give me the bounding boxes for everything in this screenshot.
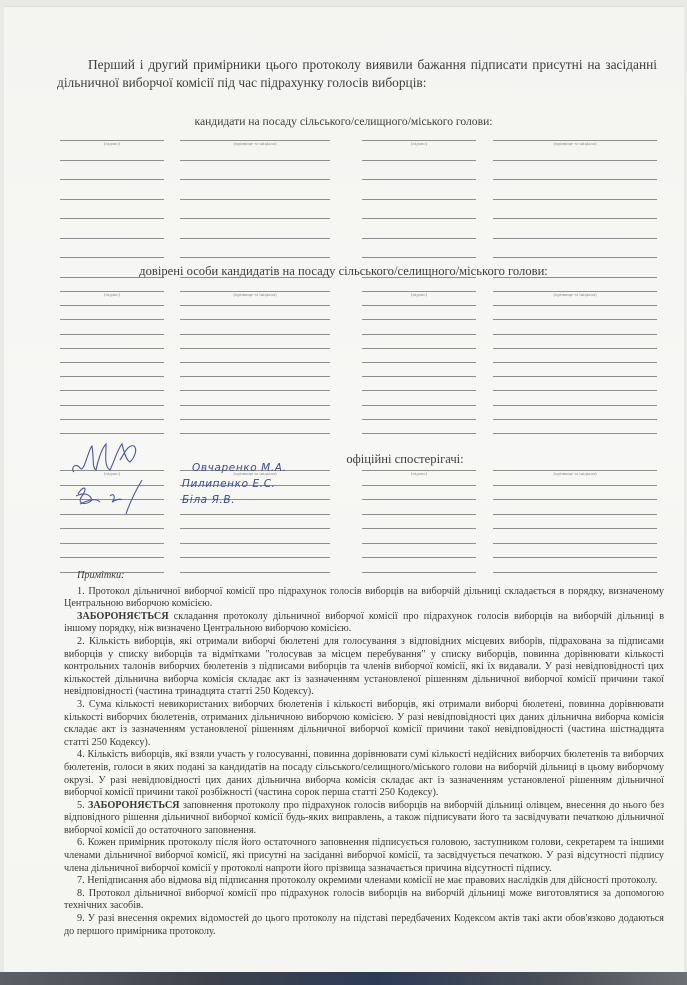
name-line xyxy=(180,179,330,180)
note-item: ЗАБОРОНЯЄТЬСЯ складання протоколу дільни… xyxy=(64,611,664,636)
signature-line xyxy=(60,376,164,377)
name-caption: (прізвище та ініціали) xyxy=(493,471,657,476)
name-line xyxy=(180,557,330,558)
note-item: 7. Непідписання або відмова від підписан… xyxy=(64,875,664,888)
note-item: 2. Кількість виборців, які отримали вибо… xyxy=(64,636,664,699)
note-item: 6. Кожен примірник протоколу після його … xyxy=(64,837,664,875)
signature-line xyxy=(60,305,164,306)
signature-line xyxy=(362,218,476,219)
name-line xyxy=(493,528,657,529)
name-line xyxy=(493,433,657,434)
signature-line xyxy=(362,405,476,406)
signature-line xyxy=(362,499,476,500)
signature-line xyxy=(362,433,476,434)
signature-line xyxy=(362,362,476,363)
signature-line xyxy=(60,179,164,180)
signature-line xyxy=(60,218,164,219)
signature-line xyxy=(60,238,164,239)
signature-line xyxy=(362,334,476,335)
signature-line xyxy=(60,160,164,161)
signature-caption: (підпис) xyxy=(60,141,164,146)
signature-line xyxy=(60,348,164,349)
signature-line xyxy=(362,390,476,391)
name-line xyxy=(180,419,330,420)
observer-name-1: Овчаренко М.А. xyxy=(192,462,287,474)
name-line xyxy=(493,485,657,486)
name-line xyxy=(493,334,657,335)
name-line xyxy=(493,376,657,377)
handwritten-signature-2 xyxy=(70,474,150,519)
signature-caption: (підпис) xyxy=(60,292,164,297)
name-line xyxy=(180,362,330,363)
observer-name-3: Біла Я.В. xyxy=(182,494,235,506)
signature-line xyxy=(362,160,476,161)
name-line xyxy=(180,528,330,529)
name-line xyxy=(180,514,330,515)
page-bottom-edge xyxy=(0,972,687,985)
name-line xyxy=(493,499,657,500)
name-line xyxy=(493,257,657,258)
signature-line xyxy=(362,179,476,180)
note-item: 3. Сума кількості невикористаних виборчи… xyxy=(64,699,664,749)
note-item: 9. У разі внесення окремих відомостей до… xyxy=(64,913,664,938)
signature-line xyxy=(60,419,164,420)
signature-line xyxy=(362,257,476,258)
signature-line xyxy=(60,257,164,258)
name-line xyxy=(493,348,657,349)
name-line xyxy=(493,405,657,406)
name-line xyxy=(180,319,330,320)
signature-line xyxy=(60,199,164,200)
name-line xyxy=(180,160,330,161)
name-line xyxy=(180,334,330,335)
name-line xyxy=(180,218,330,219)
signature-line xyxy=(362,485,476,486)
name-line xyxy=(493,543,657,544)
signature-line xyxy=(362,528,476,529)
signature-line xyxy=(362,514,476,515)
signature-line xyxy=(362,557,476,558)
name-line xyxy=(180,376,330,377)
signature-line xyxy=(60,405,164,406)
signature-caption: (підпис) xyxy=(362,292,476,297)
name-line xyxy=(493,419,657,420)
name-line xyxy=(493,160,657,161)
signature-line xyxy=(362,348,476,349)
note-item: 1. Протокол дільничної виборчої комісії … xyxy=(64,586,664,611)
signature-line xyxy=(60,390,164,391)
note-item: 5. ЗАБОРОНЯЄТЬСЯ заповнення протоколу пр… xyxy=(64,800,664,838)
signature-line xyxy=(60,334,164,335)
signature-line xyxy=(60,543,164,544)
signature-line xyxy=(60,433,164,434)
note-item: 8. Протокол дільничної виборчої комісії … xyxy=(64,888,664,913)
name-caption: (прізвище та ініціали) xyxy=(180,141,330,146)
signature-line xyxy=(362,199,476,200)
signature-line xyxy=(60,362,164,363)
section-title-proxies: довірені особи кандидатів на посаду сіль… xyxy=(0,264,687,279)
signature-caption: (підпис) xyxy=(362,141,476,146)
intro-paragraph: Перший і другий примірники цього протоко… xyxy=(57,56,657,92)
name-line xyxy=(180,199,330,200)
signature-line xyxy=(60,528,164,529)
name-caption: (прізвище та ініціали) xyxy=(493,141,657,146)
notes-header: Примітки: xyxy=(77,570,664,583)
name-line xyxy=(493,238,657,239)
signature-line xyxy=(362,419,476,420)
name-line xyxy=(493,199,657,200)
signature-line xyxy=(362,543,476,544)
name-line xyxy=(493,362,657,363)
signature-caption: (підпис) xyxy=(362,471,476,476)
name-caption: (прізвище та ініціали) xyxy=(493,292,657,297)
signature-line xyxy=(60,319,164,320)
name-line xyxy=(493,305,657,306)
name-line xyxy=(180,257,330,258)
signature-line xyxy=(362,305,476,306)
signature-line xyxy=(60,557,164,558)
section-title-candidates: кандидати на посаду сільського/селищного… xyxy=(0,115,687,128)
name-line xyxy=(180,348,330,349)
name-line xyxy=(180,543,330,544)
name-caption: (прізвище та ініціали) xyxy=(180,292,330,297)
name-line xyxy=(180,433,330,434)
name-line xyxy=(493,319,657,320)
name-line xyxy=(493,218,657,219)
signature-line xyxy=(362,319,476,320)
name-line xyxy=(493,514,657,515)
signature-line xyxy=(362,238,476,239)
signature-line xyxy=(362,376,476,377)
name-line xyxy=(493,179,657,180)
name-line xyxy=(180,305,330,306)
notes-section: Примітки: 1. Протокол дільничної виборчо… xyxy=(64,570,664,938)
name-line xyxy=(180,238,330,239)
name-line xyxy=(493,390,657,391)
name-line xyxy=(493,557,657,558)
name-line xyxy=(180,405,330,406)
observer-name-2: Пилипенко Е.С. xyxy=(182,478,276,490)
note-item: 4. Кількість виборців, які взяли участь … xyxy=(64,749,664,799)
name-line xyxy=(180,390,330,391)
